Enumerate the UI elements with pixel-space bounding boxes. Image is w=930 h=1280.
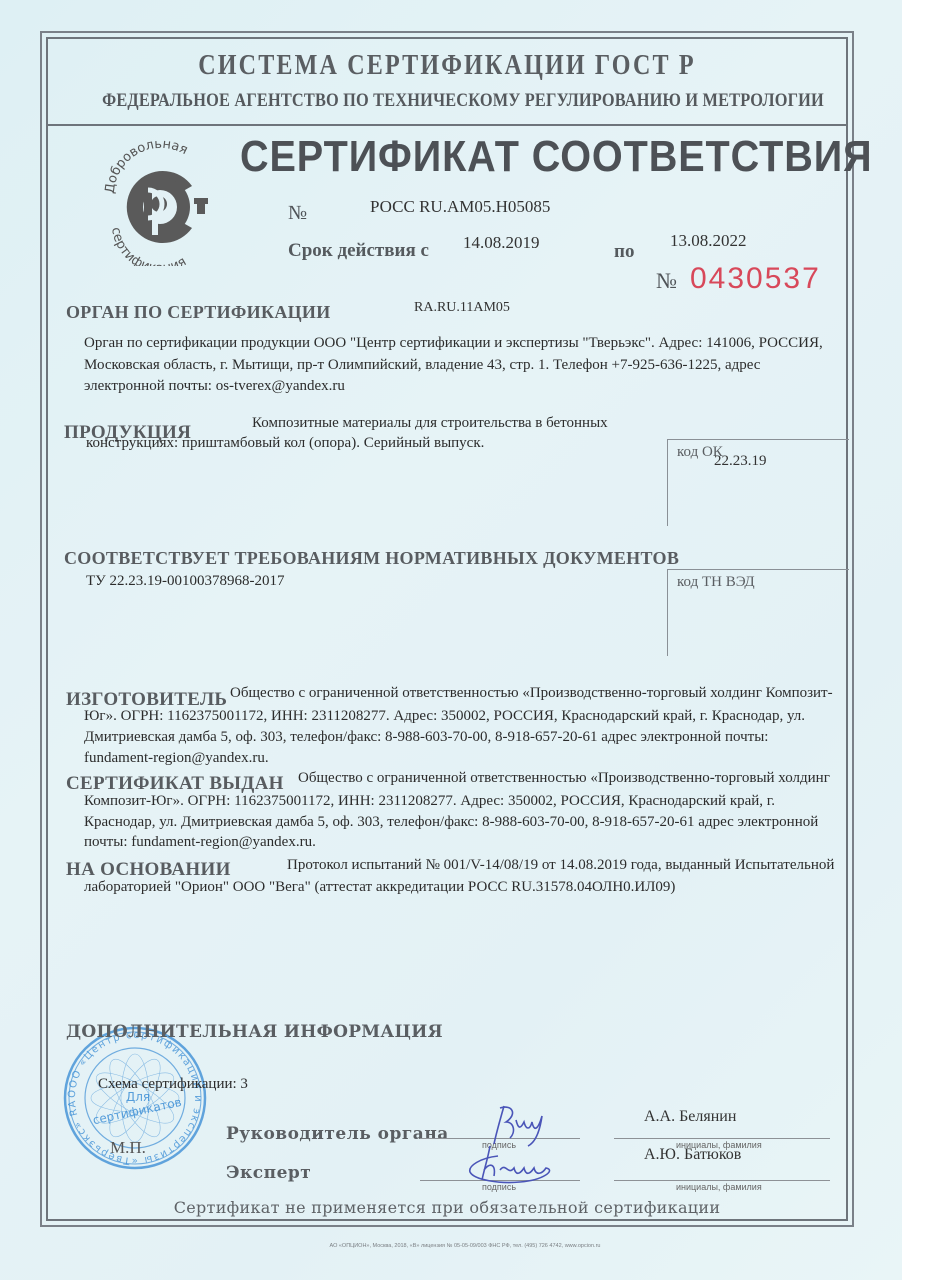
blank-number-sign: №	[656, 268, 677, 294]
expert-name-caption: инициалы, фамилия	[676, 1182, 762, 1192]
system-title: СИСТЕМА СЕРТИФИКАЦИИ ГОСТ Р	[102, 50, 792, 82]
manufacturer-line-1: Общество с ограниченной ответственностью…	[230, 683, 833, 704]
basis-line-2: лабораторией "Орион" ООО "Вега" (аттеста…	[84, 877, 675, 898]
stamp-place-label: М.П.	[110, 1138, 146, 1158]
footer-note: Сертификат не применяется при обязательн…	[46, 1198, 848, 1217]
head-of-body-label: Руководитель органа	[226, 1124, 449, 1144]
manufacturer-line-4: fundament-region@yandex.ru.	[84, 748, 269, 769]
valid-to-label: по	[614, 241, 634, 263]
tnved-code-label: код ТН ВЭД	[677, 574, 755, 591]
issued-to-line-2: Композит-Юг». ОГРН: 1162375001172, ИНН: …	[84, 791, 775, 812]
certificate-number: РОСС RU.АМ05.Н05085	[370, 197, 550, 217]
product-line-1: Композитные материалы для строительства …	[252, 413, 608, 434]
compliance-document: ТУ 22.23.19-00100378968-2017	[86, 571, 285, 592]
ok-code-value: 22.23.19	[714, 453, 767, 470]
certification-scheme: Схема сертификации: 3	[98, 1074, 248, 1095]
expert-name-line	[614, 1180, 830, 1181]
certification-body-code: RA.RU.11АМ05	[414, 300, 510, 316]
certification-body-line-2: Московская область, г. Мытищи, пр-т Олим…	[84, 355, 760, 376]
agency-title: ФЕДЕРАЛЬНОЕ АГЕНТСТВО ПО ТЕХНИЧЕСКОМУ РЕ…	[102, 90, 792, 112]
additional-info-heading: ДОПОЛНИТЕЛЬНАЯ ИНФОРМАЦИЯ	[66, 1022, 443, 1042]
certification-body-heading: ОРГАН ПО СЕРТИФИКАЦИИ	[66, 302, 331, 323]
head-name-line	[614, 1138, 830, 1139]
issued-to-line-3: Краснодар, ул. Дмитриевская дамба 5, оф.…	[84, 812, 818, 833]
certification-body-line-3: электронной почты: os-tverex@yandex.ru	[84, 376, 345, 397]
printer-imprint: АО «ОПЦИОН», Москва, 2018, «В» лицензия …	[0, 1243, 930, 1249]
manufacturer-line-2: Юг». ОГРН: 1162375001172, ИНН: 231120827…	[84, 706, 805, 727]
valid-to-date: 13.08.2022	[670, 231, 747, 251]
issued-to-line-4: почты: fundament-region@yandex.ru.	[84, 832, 316, 853]
rst-logo-icon: Добровольная сертификация	[96, 140, 222, 266]
expert-signature-icon	[460, 1140, 570, 1195]
valid-from-date: 14.08.2019	[463, 233, 540, 253]
compliance-heading: СООТВЕТСТВУЕТ ТРЕБОВАНИЯМ НОРМАТИВНЫХ ДО…	[64, 548, 679, 569]
header-divider	[46, 124, 848, 126]
basis-line-1: Протокол испытаний № 001/V-14/08/19 от 1…	[287, 855, 834, 876]
issued-to-line-1: Общество с ограниченной ответственностью…	[298, 768, 830, 789]
manufacturer-line-3: Дмитриевская дамба 5, оф. 303, телефон/ф…	[84, 727, 768, 748]
product-line-2: конструкциях: приштамбовый кол (опора). …	[86, 433, 484, 454]
expert-label: Эксперт	[226, 1163, 311, 1183]
validity-label: Срок действия с	[288, 240, 429, 262]
expert-name: А.Ю. Батюков	[644, 1146, 741, 1164]
blank-serial-number: 0430537	[690, 262, 821, 296]
head-name: А.А. Белянин	[644, 1108, 736, 1126]
number-sign: №	[288, 202, 307, 225]
certification-body-line-1: Орган по сертификации продукции ООО "Цен…	[84, 333, 823, 354]
certificate-title: СЕРТИФИКАТ СООТВЕТСТВИЯ	[240, 132, 872, 182]
